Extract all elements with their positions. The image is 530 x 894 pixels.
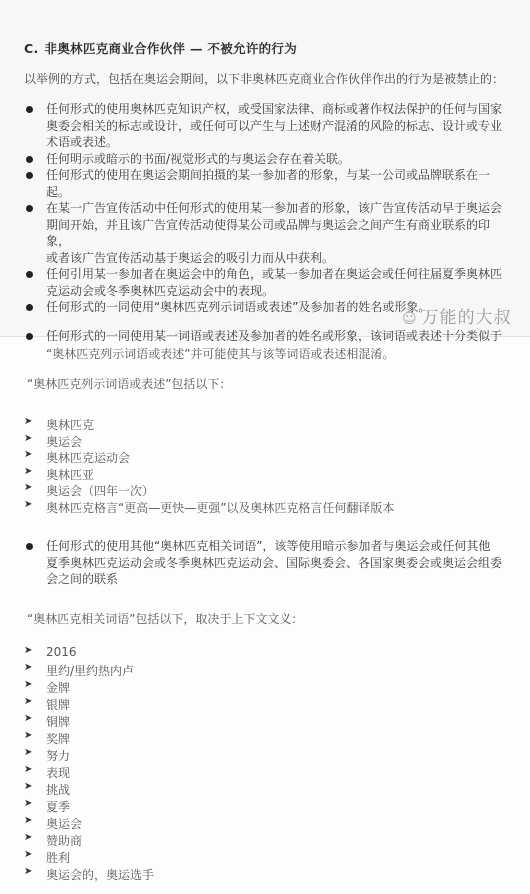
list-item: 任何形式的一同使用某一词语或表述及参加者的姓名或形象，该词语或表述十分类似于 (24, 328, 504, 345)
arrow-bullet-icon: ➤ (24, 815, 32, 826)
arrow-bullet-icon: ➤ (24, 713, 32, 724)
watermark: ☺万能的大叔 (402, 303, 512, 328)
bullet-icon (26, 205, 33, 212)
list-item: ➤银牌 (24, 696, 154, 713)
arrow-bullet-icon: ➤ (24, 416, 32, 427)
arrow-bullet-icon: ➤ (24, 730, 32, 741)
list-item: ➤金牌 (24, 679, 154, 696)
list-item: ➤奥林匹克 (24, 416, 394, 433)
list-item: 任何形式的使用其他“奥林匹克相关词语”，该等使用暗示参加者与奥运会或任何其他 夏… (24, 538, 504, 588)
list-item: ➤奥运会的，奥运选手 (24, 866, 154, 883)
related-bullet-list: 任何形式的使用其他“奥林匹克相关词语”，该等使用暗示参加者与奥运会或任何其他 夏… (24, 538, 504, 588)
arrow-bullet-icon: ➤ (24, 679, 32, 690)
list-item: ➤努力 (24, 747, 154, 764)
list-item: ➤奥林匹克格言“更高—更快—更强”以及奥林匹克格言任何翻译版本 (24, 499, 394, 516)
listed-terms-intro: “奥林匹克列示词语或表述”包括以下： (27, 375, 231, 392)
bullet-icon (26, 333, 33, 340)
bullet-icon (26, 106, 33, 113)
arrow-bullet-icon: ➤ (24, 696, 32, 707)
bullet-icon (26, 271, 33, 278)
bullet-continuation: “奥林匹克列示词语或表述”并可能使其与该等词语或表述相混淆。 (46, 345, 394, 362)
arrow-bullet-icon: ➤ (24, 849, 32, 860)
list-item: 任何形式的使用在奥运会期间拍摄的某一参加者的形象，与某一公司或品牌联系在一起。 (24, 167, 504, 200)
list-item: ➤奥运会 (24, 433, 394, 450)
arrow-bullet-icon: ➤ (24, 747, 32, 758)
section-title: 非奥林匹克商业合作伙伴 — 不被允许的行为 (45, 41, 298, 56)
arrow-bullet-icon: ➤ (24, 433, 32, 444)
bullet-icon (26, 304, 33, 311)
arrow-bullet-icon: ➤ (24, 466, 32, 477)
arrow-bullet-icon: ➤ (24, 662, 32, 673)
list-item: 任何形式的使用奥林匹克知识产权，或受国家法律、商标或著作权法保护的任何与国家 奥… (24, 101, 504, 151)
list-item: ➤夏季 (24, 798, 154, 815)
list-item: 在某一广告宣传活动中任何形式的使用某一参加者的形象，该广告宣传活动早于奥运会 期… (24, 200, 504, 266)
section-heading: C.非奥林匹克商业合作伙伴 — 不被允许的行为 (24, 39, 297, 57)
list-item: ➤奖牌 (24, 730, 154, 747)
list-item: ➤里约/里约热内卢 (24, 662, 154, 679)
list-item: 任何明示或暗示的书面/视觉形式的与奥运会存在着关联。 (24, 151, 504, 168)
related-terms-intro: “奥林匹克相关词语”包括以下，取决于上下文文义： (27, 610, 303, 627)
list-item: ➤奥运会 (24, 815, 154, 832)
arrow-bullet-icon: ➤ (24, 645, 32, 656)
listed-terms-list: ➤奥林匹克 ➤奥运会 ➤奥林匹克运动会 ➤奥林匹亚 ➤奥运会（四年一次） ➤奥林… (24, 416, 394, 515)
arrow-bullet-icon: ➤ (24, 449, 32, 460)
bullet-icon (26, 172, 33, 179)
arrow-bullet-icon: ➤ (24, 832, 32, 843)
list-item: 任何引用某一参加者在奥运会中的角色，或某一参加者在奥运会或任何往届夏季奥林匹 克… (24, 266, 504, 299)
bullet-icon (26, 543, 33, 550)
arrow-bullet-icon: ➤ (24, 499, 32, 510)
list-item: ➤表现 (24, 764, 154, 781)
list-item: ➤胜利 (24, 849, 154, 866)
related-terms-list: ➤2016 ➤里约/里约热内卢 ➤金牌 ➤银牌 ➤铜牌 ➤奖牌 ➤努力 ➤表现 … (24, 645, 154, 883)
list-item: ➤铜牌 (24, 713, 154, 730)
list-item: ➤奥林匹克运动会 (24, 449, 394, 466)
arrow-bullet-icon: ➤ (24, 482, 32, 493)
list-item: ➤2016 (24, 645, 154, 662)
bullet-icon (26, 156, 33, 163)
list-item: ➤奥运会（四年一次） (24, 482, 394, 499)
arrow-bullet-icon: ➤ (24, 798, 32, 809)
section-intro: 以举例的方式，包括在奥运会期间，以下非奥林匹克商业合作伙伴作出的行为是被禁止的： (24, 70, 504, 87)
section-marker: C. (24, 41, 39, 56)
wechat-icon: ☺ (402, 311, 418, 327)
list-item: ➤奥林匹亚 (24, 466, 394, 483)
list-item: ➤挑战 (24, 781, 154, 798)
arrow-bullet-icon: ➤ (24, 781, 32, 792)
arrow-bullet-icon: ➤ (24, 866, 32, 877)
arrow-bullet-icon: ➤ (24, 764, 32, 775)
list-item: ➤赞助商 (24, 832, 154, 849)
